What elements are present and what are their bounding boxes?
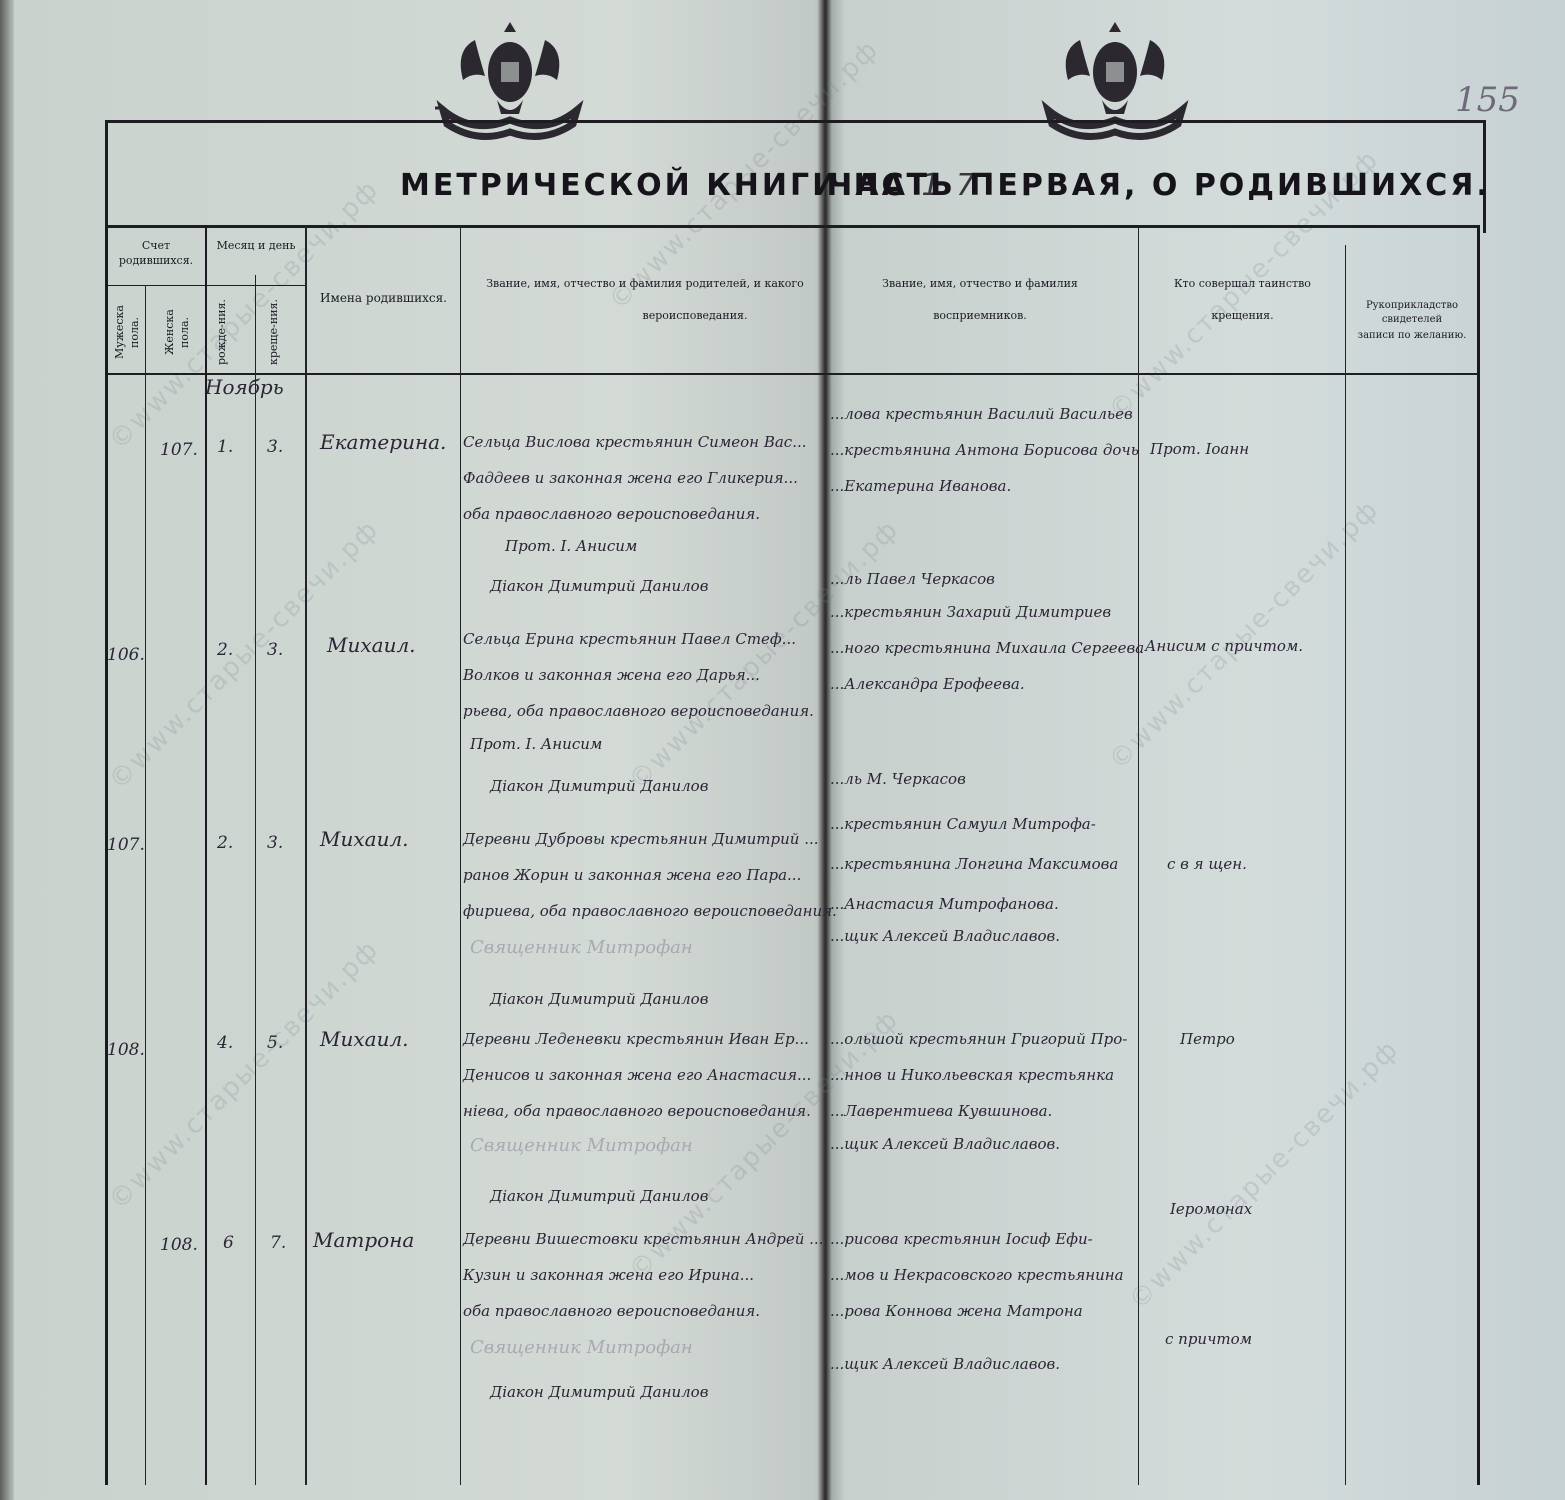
- godparents-line: ...лова крестьянин Василий Васильев: [830, 405, 1133, 423]
- parents-line: ранов Жорин и законная жена его Пара...: [463, 866, 801, 884]
- godparents-line: ...ннов и Никольевская крестьянка: [830, 1066, 1114, 1084]
- parents-line: Сельца Ерина крестьянин Павел Стеф...: [463, 630, 796, 648]
- header-signatures-line1: Рукоприкладство свидетелей: [1347, 299, 1477, 326]
- godparents-line: ...крестьянина Антона Борисова дочь: [830, 441, 1139, 459]
- female-count: 108.: [160, 1235, 198, 1255]
- parents-line: фириева, оба православного вероисповедан…: [463, 902, 837, 920]
- table-border-right: [1477, 225, 1480, 1485]
- godparents-line: ...рисова крестьянин Іосиф Ефи-: [830, 1230, 1093, 1248]
- godparents-line: ...щик Алексей Владиславов.: [830, 927, 1060, 945]
- parents-line: Денисов и законная жена его Анастасия...: [463, 1066, 811, 1084]
- header-count-group: Счет родившихся.: [107, 239, 205, 269]
- godparents-line: ...ного крестьянина Михаила Сергеева: [830, 639, 1144, 657]
- godparents-line: ...мов и Некрасовского крестьянина: [830, 1266, 1124, 1284]
- month-label: Ноябрь: [205, 375, 284, 399]
- header-count-male: Мужеска пола.: [113, 295, 143, 370]
- header-baptism: креще-ния.: [267, 295, 282, 370]
- clergy-signature-faint: Священник Митрофан: [470, 1135, 693, 1156]
- header-signatures-line2: записи по желанию.: [1347, 329, 1477, 343]
- column-divider: [205, 225, 207, 1485]
- child-name: Матрона: [313, 1228, 414, 1252]
- table-top-rule: [105, 225, 1480, 228]
- godparents-line: ...Лаврентиева Кувшинова.: [830, 1102, 1052, 1120]
- parents-line: Деревни Вишестовки крестьянин Андрей ...: [463, 1230, 823, 1248]
- column-divider: [305, 225, 307, 1485]
- baptism-day: 3.: [267, 640, 283, 660]
- child-name: Михаил.: [320, 827, 409, 851]
- parents-line: Сельца Вислова крестьянин Симеон Вас...: [463, 433, 807, 451]
- header-names: Имена родившихся.: [307, 290, 460, 306]
- officiant: Петро: [1180, 1030, 1235, 1048]
- godparents-line: ...ольшой крестьянин Григорий Про-: [830, 1030, 1127, 1048]
- column-divider: [255, 275, 256, 1485]
- officiant: Анисим с причтом.: [1145, 637, 1303, 655]
- clergy-signature: Діакон Димитрий Данилов: [490, 1187, 708, 1205]
- baptism-day: 3.: [267, 437, 283, 457]
- child-name: Михаил.: [327, 633, 416, 657]
- godparents-line: ...щик Алексей Владиславов.: [830, 1355, 1060, 1373]
- parents-line: оба православного вероисповедания.: [463, 1302, 760, 1320]
- male-count: 108.: [107, 1040, 145, 1060]
- child-name: Екатерина.: [320, 430, 446, 454]
- godparents-line: ...рова Коннова жена Матрона: [830, 1302, 1083, 1320]
- parents-line: рьева, оба православного вероисповедания…: [463, 702, 814, 720]
- officiant: с причтом: [1165, 1330, 1252, 1348]
- page-edge: [0, 0, 14, 1500]
- parents-line: оба православного вероисповедания.: [463, 505, 760, 523]
- clergy-signature: Діакон Димитрий Данилов: [490, 777, 708, 795]
- page-number: 155: [1455, 80, 1520, 120]
- header-bottom-rule: [105, 373, 1480, 375]
- godparents-line: ...крестьянина Лонгина Максимова: [830, 855, 1118, 873]
- female-count: 107.: [160, 440, 198, 460]
- birth-day: 6: [223, 1233, 234, 1253]
- header-officiant-line1: Кто совершал таинство: [1140, 277, 1345, 292]
- parents-line: Кузин и законная жена его Ирина...: [463, 1266, 754, 1284]
- birth-day: 2.: [217, 640, 233, 660]
- table-border-left: [105, 225, 108, 1485]
- column-divider: [1345, 245, 1346, 1485]
- godparents-line: ...крестьянин Захарий Димитриев: [830, 603, 1111, 621]
- male-count: 107.: [107, 835, 145, 855]
- parents-line: Волков и законная жена его Дарья...: [463, 666, 760, 684]
- godparents-line: ...щик Алексей Владиславов.: [830, 1135, 1060, 1153]
- godparents-line: ...Александра Ерофеева.: [830, 675, 1025, 693]
- header-month-day: Месяц и день: [207, 239, 305, 254]
- column-divider: [145, 285, 146, 1485]
- header-officiant-line2: крещения.: [1140, 309, 1345, 324]
- clergy-signature: Діакон Димитрий Данилов: [490, 990, 708, 1008]
- clergy-signature: Прот. І. Анисим: [470, 735, 602, 753]
- register-table: Счет родившихся. Мужеска пола. Женска по…: [105, 225, 1480, 1485]
- baptism-day: 5.: [267, 1033, 283, 1053]
- baptism-day: 7.: [270, 1233, 286, 1253]
- parents-line: Фаддеев и законная жена его Гликерия...: [463, 469, 798, 487]
- godparents-line: ...ль М. Черкасов: [830, 770, 966, 788]
- parents-line: Деревни Леденевки крестьянин Иван Ер...: [463, 1030, 809, 1048]
- page-title-right: ЧАСТЬ ПЕРВАЯ, О РОДИВШИХСЯ.: [828, 168, 1491, 203]
- officiant: с в я щен.: [1167, 855, 1247, 873]
- officiant: Прот. Іоанн: [1150, 440, 1249, 458]
- godparents-line: ...ль Павел Черкасов: [830, 570, 995, 588]
- clergy-signature: Прот. І. Анисим: [505, 537, 637, 555]
- officiant: Іеромонах: [1170, 1200, 1252, 1218]
- clergy-signature-faint: Священник Митрофан: [470, 1337, 693, 1358]
- parents-line: Деревни Дубровы крестьянин Димитрий ...: [463, 830, 819, 848]
- male-count: 106.: [107, 645, 145, 665]
- godparents-line: ...Екатерина Иванова.: [830, 477, 1011, 495]
- column-divider: [460, 225, 461, 1485]
- clergy-signature: Діакон Димитрий Данилов: [490, 577, 708, 595]
- header-godparents-line2: восприемников.: [830, 309, 1130, 324]
- clergy-signature-faint: Священник Митрофан: [470, 937, 693, 958]
- header-birth: рожде-ния.: [215, 295, 230, 370]
- child-name: Михаил.: [320, 1027, 409, 1051]
- column-divider: [1138, 225, 1139, 1485]
- header-parents-line1: Звание, имя, отчество и фамилия родителе…: [460, 277, 830, 292]
- header-count-female: Женска пола.: [163, 295, 193, 370]
- godparents-line: ...Анастасия Митрофанова.: [830, 895, 1059, 913]
- clergy-signature: Діакон Димитрий Данилов: [490, 1383, 708, 1401]
- birth-day: 4.: [217, 1033, 233, 1053]
- godparents-line: ...крестьянин Самуил Митрофа-: [830, 815, 1096, 833]
- birth-day: 1.: [217, 437, 233, 457]
- baptism-day: 3.: [267, 833, 283, 853]
- parents-line: ніева, оба православного вероисповедания…: [463, 1102, 811, 1120]
- birth-day: 2.: [217, 833, 233, 853]
- header-godparents-line1: Звание, имя, отчество и фамилия: [830, 277, 1130, 292]
